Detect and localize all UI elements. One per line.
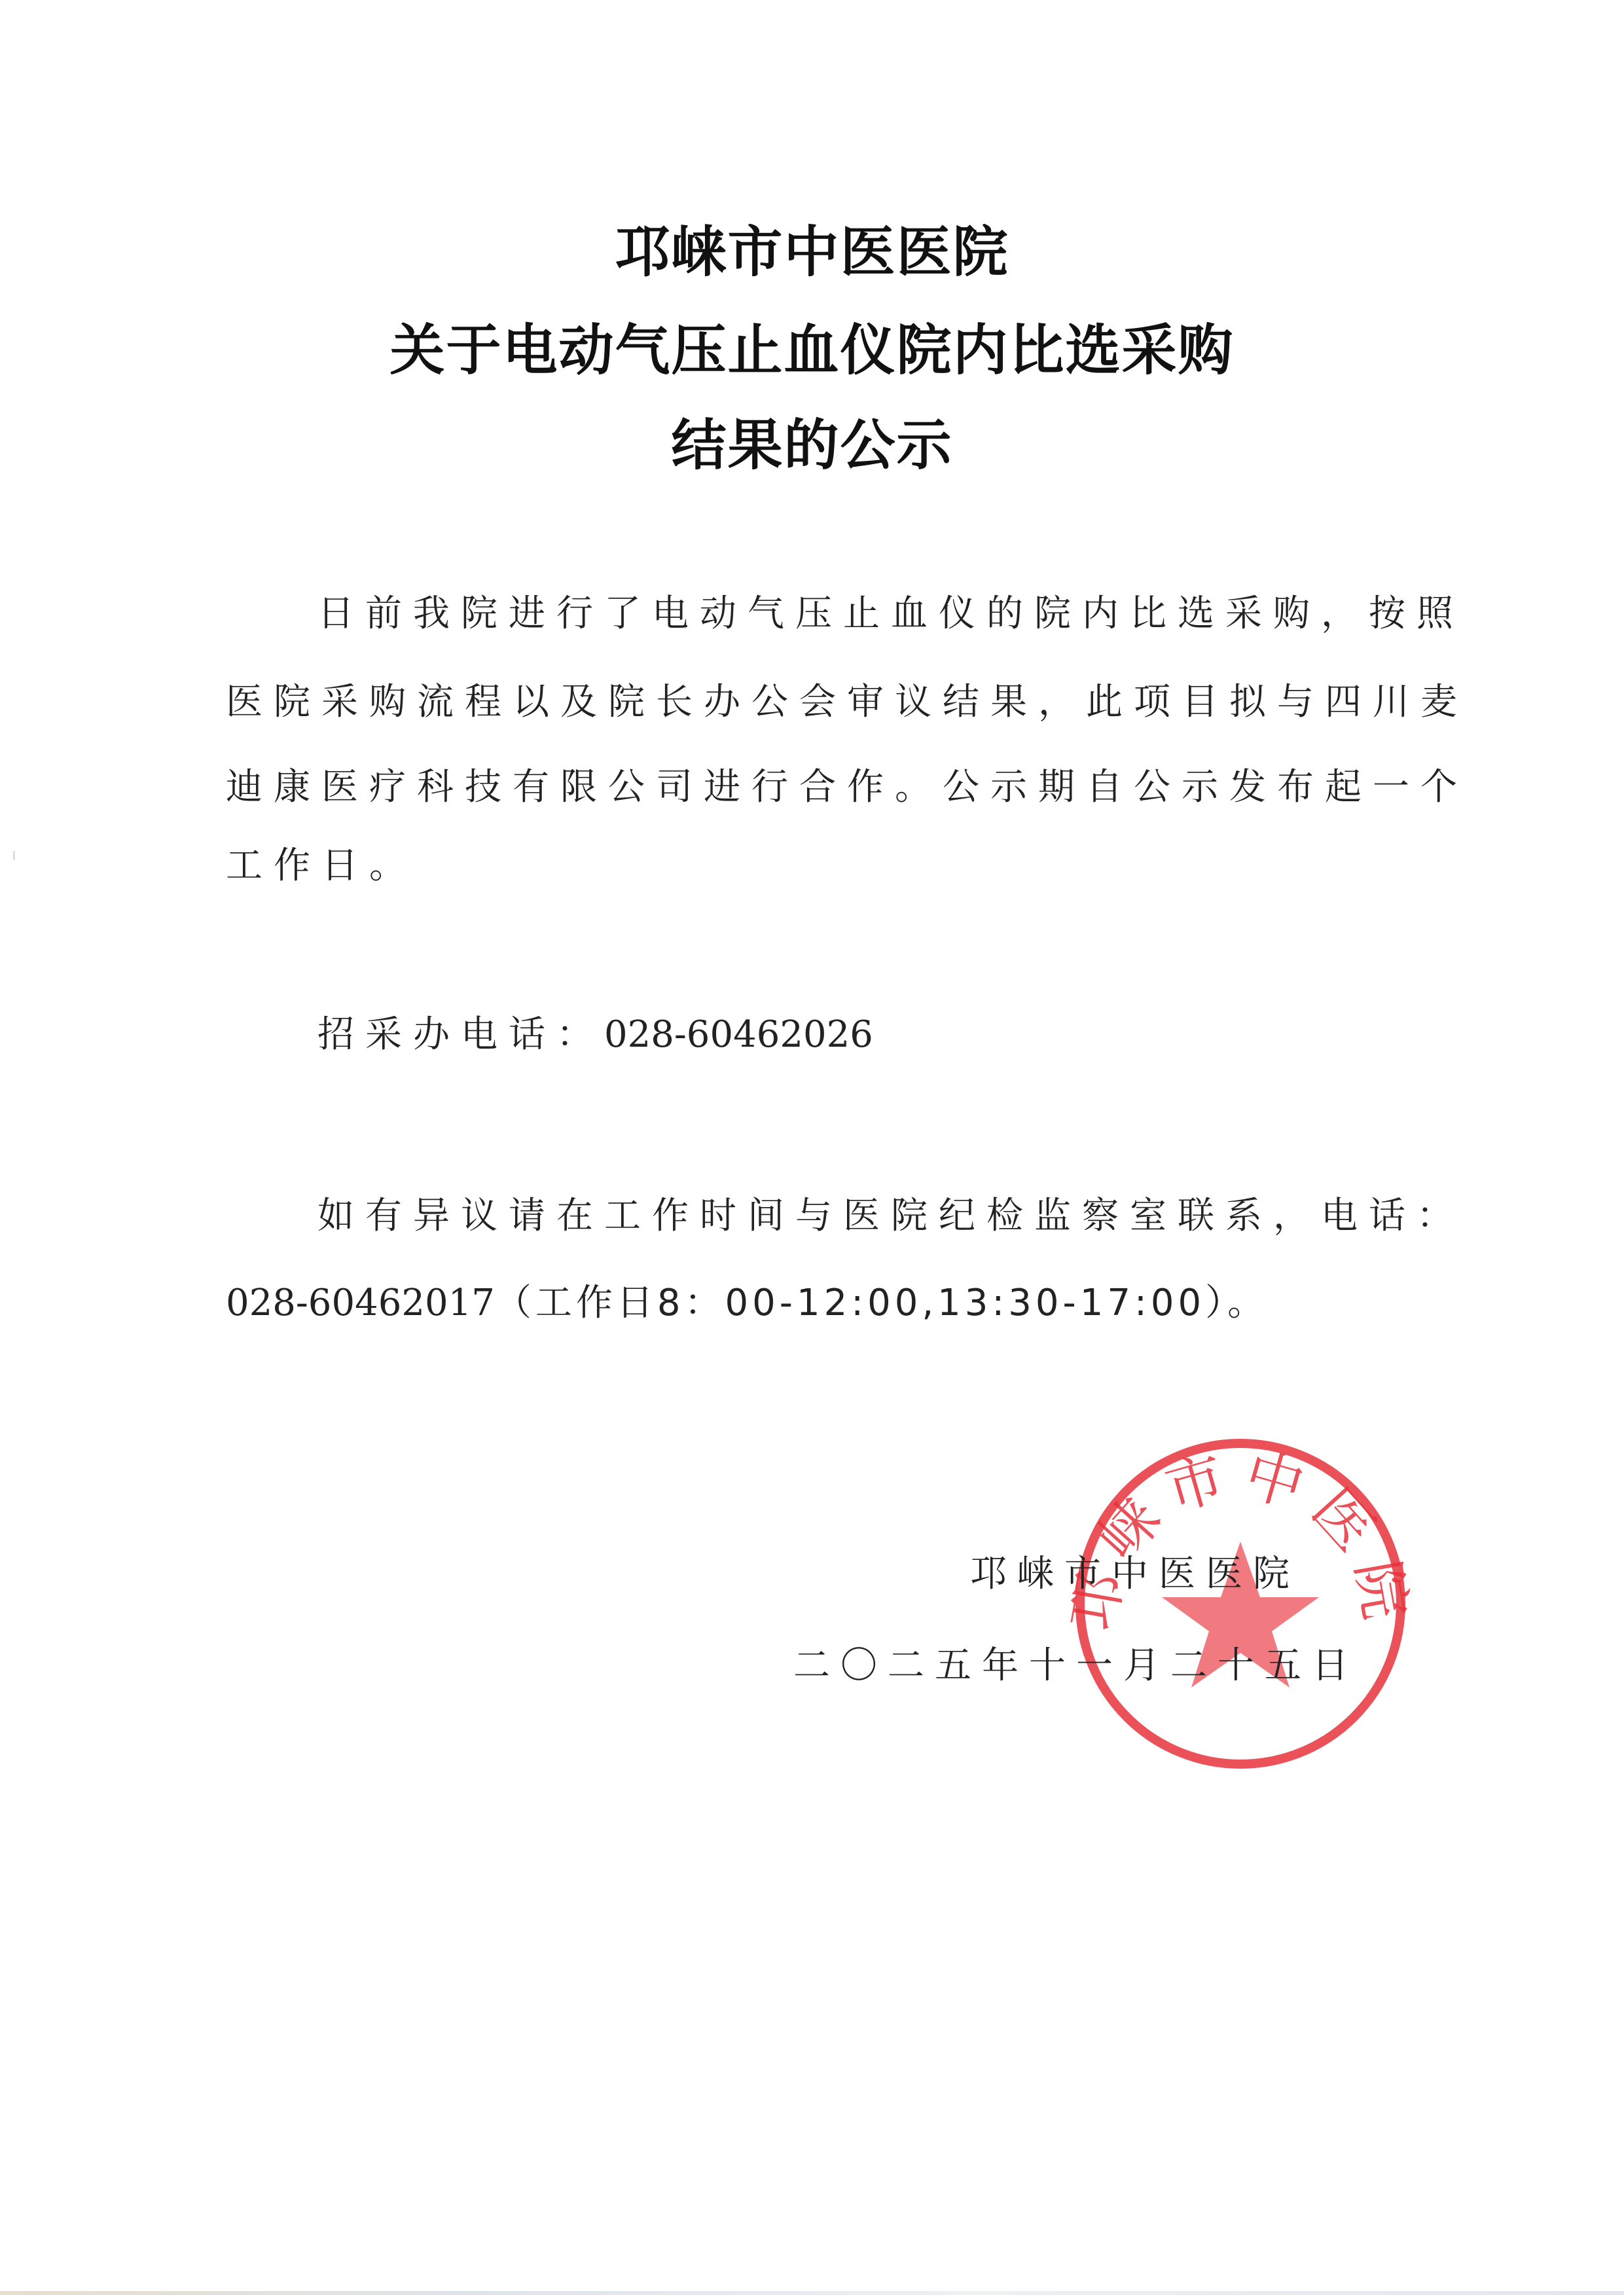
- title-line-2: 关于电动气压止血仪院内比选采购: [0, 317, 1624, 383]
- objection-hours: （工作日8：00-12:00,13:30-17:00）。: [495, 1282, 1268, 1324]
- title-line-1: 邛崃市中医医院: [0, 219, 1624, 285]
- body-line-2: 医院采购流程以及院长办公会审议结果，此项目拟与四川麦: [226, 681, 1468, 724]
- official-seal: 邛崃市中医院: [1070, 1434, 1411, 1774]
- procurement-phone-label: 招采办电话：: [317, 1013, 604, 1056]
- title-line-3: 结果的公示: [0, 412, 1624, 478]
- body-line-1: 日前我院进行了电动气压止血仪的院内比选采购，按照: [317, 592, 1464, 636]
- procurement-phone-number: 028-60462026: [604, 1013, 873, 1056]
- objection-line-2: 028-60462017（工作日8：00-12:00,13:30-17:00）。: [226, 1282, 1268, 1325]
- body-line-3: 迪康医疗科技有限公司进行合作。公示期自公示发布起一个: [226, 766, 1468, 809]
- body-line-4: 工作日。: [226, 844, 417, 888]
- signature-organization: 邛崃市中医医院: [970, 1553, 1300, 1596]
- signature-date: 二〇二五年十一月二十五日: [793, 1644, 1359, 1688]
- objection-phone-number: 028-60462017: [226, 1282, 495, 1324]
- svg-text:邛崃市中医院: 邛崃市中医院: [1070, 1440, 1411, 1636]
- objection-line-1: 如有异议请在工作时间与医院纪检监察室联系，电话：: [317, 1195, 1464, 1238]
- scan-speck: [13, 851, 15, 860]
- procurement-phone-line: 招采办电话：028-60462026: [317, 1013, 873, 1057]
- scan-edge: [0, 2291, 1624, 2295]
